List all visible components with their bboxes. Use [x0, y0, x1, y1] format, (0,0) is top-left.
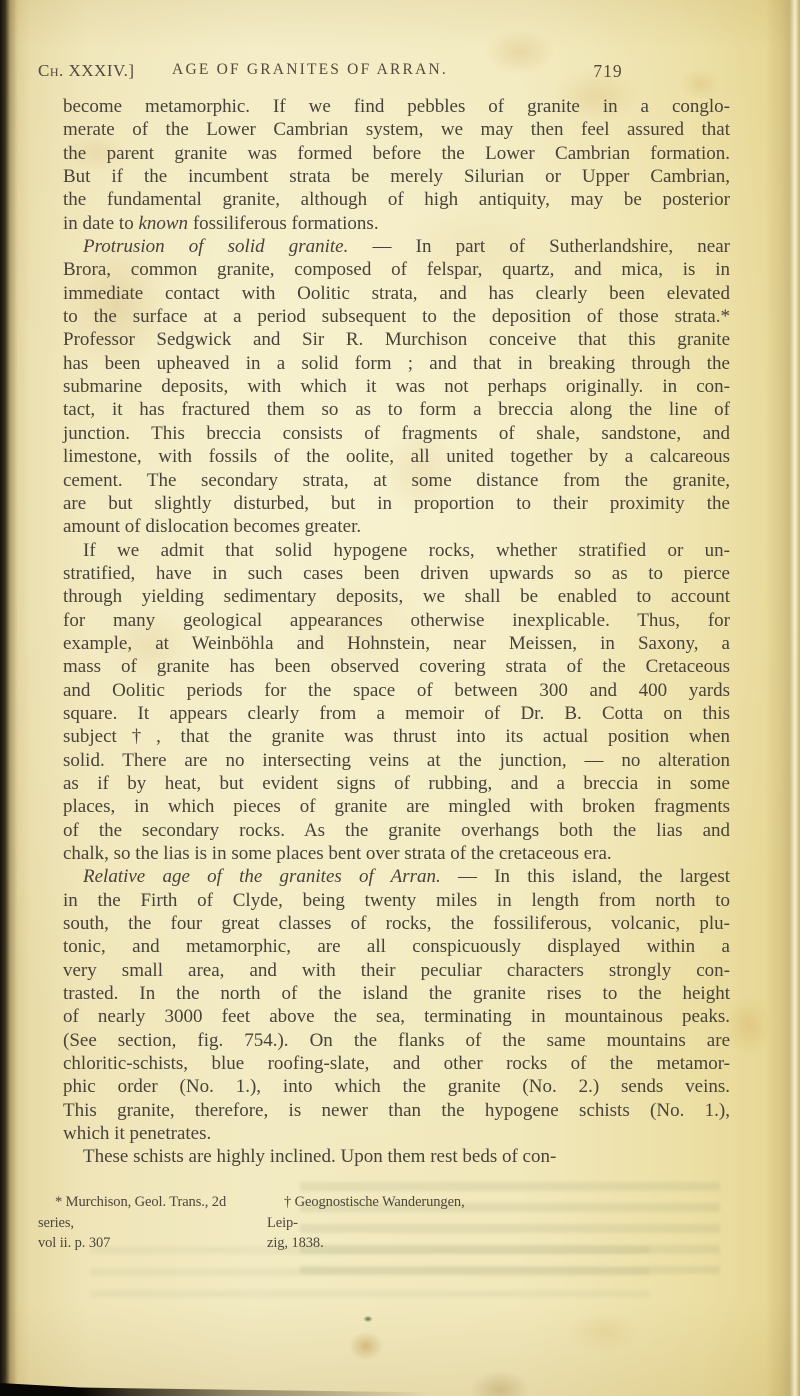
- text-run: Brora, common granite, composed of felsp…: [63, 259, 730, 280]
- text-run: are but slightly disturbed, but in propo…: [63, 493, 730, 514]
- text-run: submarine deposits, with which it was no…: [63, 376, 730, 397]
- text-line: Protrusion of solid granite. — In part o…: [63, 235, 730, 258]
- running-title: AGE OF GRANITES OF ARRAN.: [150, 61, 470, 79]
- text-line: in date to known fossiliferous formation…: [63, 212, 730, 235]
- text-line: amount of dislocation becomes greater.: [63, 515, 730, 538]
- body-text: become metamorphic. If we find pebbles o…: [63, 95, 730, 1169]
- italic-text-run: Relative age of the granites of Arran.: [83, 866, 441, 887]
- text-run: fossiliferous formations.: [188, 213, 379, 234]
- text-run: trasted. In the north of the island the …: [63, 983, 730, 1004]
- text-line: But if the incumbent strata be merely Si…: [63, 165, 730, 188]
- text-line: are but slightly disturbed, but in propo…: [63, 492, 730, 515]
- text-run: cement. The secondary strata, at some di…: [63, 470, 730, 491]
- text-run: as if by heat, but evident signs of rubb…: [63, 773, 730, 794]
- text-run: chloritic-schists, blue roofing-slate, a…: [63, 1053, 730, 1074]
- text-run: solid. There are no intersecting veins a…: [63, 750, 730, 771]
- text-line: of nearly 3000 feet above the sea, termi…: [63, 1005, 730, 1028]
- footnote-murchison: * Murchison, Geol. Trans., 2d series, vo…: [38, 1192, 263, 1254]
- text-run: This granite, therefore, is newer than t…: [63, 1100, 730, 1121]
- text-run: and Oolitic periods for the space of bet…: [63, 680, 730, 701]
- text-run: merate of the Lower Cambrian system, we …: [63, 119, 730, 140]
- footnote-line: * Murchison, Geol. Trans., 2d series,: [38, 1192, 263, 1233]
- text-line: merate of the Lower Cambrian system, we …: [63, 118, 730, 141]
- page-right-edge: [766, 0, 800, 1396]
- text-run: example, at Weinböhla and Hohnstein, nea…: [63, 633, 730, 654]
- italic-text-run: Protrusion of solid granite.: [83, 236, 348, 257]
- text-run: in the Firth of Clyde, being twenty mile…: [63, 890, 730, 911]
- text-run: for many geological appearances otherwis…: [63, 610, 730, 631]
- text-line: the fundamental granite, although of hig…: [63, 188, 730, 211]
- text-line: submarine deposits, with which it was no…: [63, 375, 730, 398]
- page-header: Ch. XXXIV.] AGE OF GRANITES OF ARRAN. 71…: [0, 61, 800, 85]
- footnote-line: † Geognostische Wanderungen, Leip-: [267, 1192, 497, 1233]
- bleedthrough-text: [90, 1246, 650, 1304]
- footnote-line: vol ii. p. 307: [38, 1233, 263, 1254]
- text-run: which it penetrates.: [63, 1123, 211, 1144]
- text-run: But if the incumbent strata be merely Si…: [63, 166, 730, 187]
- text-line: tact, it has fractured them so as to for…: [63, 398, 730, 421]
- text-line: become metamorphic. If we find pebbles o…: [63, 95, 730, 118]
- text-run: the parent granite was formed before the…: [63, 143, 730, 164]
- text-run: the fundamental granite, although of hig…: [63, 189, 730, 210]
- text-run: Professor Sedgwick and Sir R. Murchison …: [63, 329, 730, 350]
- text-line: Brora, common granite, composed of felsp…: [63, 258, 730, 281]
- text-line: as if by heat, but evident signs of rubb…: [63, 772, 730, 795]
- chapter-label: Ch. XXXIV.]: [38, 61, 135, 81]
- text-run: square. It appears clearly from a memoir…: [63, 703, 730, 724]
- text-line: places, in which pieces of granite are m…: [63, 795, 730, 818]
- text-run: tonic, and metamorphic, are all conspicu…: [63, 936, 730, 957]
- text-run: places, in which pieces of granite are m…: [63, 796, 730, 817]
- text-line: tonic, and metamorphic, are all conspicu…: [63, 935, 730, 958]
- text-line: This granite, therefore, is newer than t…: [63, 1099, 730, 1122]
- text-line: (See section, fig. 754.). On the flanks …: [63, 1029, 730, 1052]
- text-line: If we admit that solid hypogene rocks, w…: [63, 539, 730, 562]
- text-line: subject†, that the granite was thrust in…: [63, 725, 730, 748]
- text-line: south, the four great classes of rocks, …: [63, 912, 730, 935]
- text-run: — In this island, the largest: [441, 866, 730, 887]
- text-line: chalk, so the lias is in some places ben…: [63, 842, 730, 865]
- text-run: junction. This breccia consists of fragm…: [63, 423, 730, 444]
- text-run: amount of dislocation becomes greater.: [63, 516, 361, 537]
- text-line: limestone, with fossils of the oolite, a…: [63, 445, 730, 468]
- text-run: subject†, that the granite was thrust in…: [63, 726, 730, 747]
- text-run: stratified, have in such cases been driv…: [63, 563, 730, 584]
- book-gutter-edge: [0, 0, 18, 1396]
- text-line: phic order (No. 1.), into which the gran…: [63, 1075, 730, 1098]
- text-line: example, at Weinböhla and Hohnstein, nea…: [63, 632, 730, 655]
- footnote-line: zig, 1838.: [267, 1233, 497, 1254]
- text-line: to the surface at a period subsequent to…: [63, 305, 730, 328]
- footnote-geognostische: † Geognostische Wanderungen, Leip- zig, …: [267, 1192, 497, 1254]
- text-line: which it penetrates.: [63, 1122, 730, 1145]
- text-run: (See section, fig. 754.). On the flanks …: [63, 1030, 730, 1051]
- text-line: These schists are highly inclined. Upon …: [63, 1145, 730, 1168]
- text-line: immediate contact with Oolitic strata, a…: [63, 282, 730, 305]
- text-line: very small area, and with their peculiar…: [63, 959, 730, 982]
- text-run: has been upheaved in a solid form ; and …: [63, 353, 730, 374]
- text-line: solid. There are no intersecting veins a…: [63, 749, 730, 772]
- text-run: to the surface at a period subsequent to…: [63, 306, 730, 327]
- text-line: chloritic-schists, blue roofing-slate, a…: [63, 1052, 730, 1075]
- text-run: If we admit that solid hypogene rocks, w…: [83, 540, 730, 561]
- text-line: for many geological appearances otherwis…: [63, 609, 730, 632]
- italic-text-run: known: [138, 213, 188, 234]
- text-line: stratified, have in such cases been driv…: [63, 562, 730, 585]
- text-line: and Oolitic periods for the space of bet…: [63, 679, 730, 702]
- text-line: through yielding sedimentary deposits, w…: [63, 585, 730, 608]
- text-run: become metamorphic. If we find pebbles o…: [63, 96, 730, 117]
- text-line: of the secondary rocks. As the granite o…: [63, 819, 730, 842]
- text-run: in date to: [63, 213, 138, 234]
- book-page-scan: Ch. XXXIV.] AGE OF GRANITES OF ARRAN. 71…: [0, 0, 800, 1396]
- text-line: Relative age of the granites of Arran. —…: [63, 865, 730, 888]
- text-run: immediate contact with Oolitic strata, a…: [63, 283, 730, 304]
- text-run: mass of granite has been observed coveri…: [63, 656, 730, 677]
- text-run: very small area, and with their peculiar…: [63, 960, 730, 981]
- page-number: 719: [578, 61, 638, 82]
- text-run: through yielding sedimentary deposits, w…: [63, 586, 730, 607]
- text-run: of nearly 3000 feet above the sea, termi…: [63, 1006, 730, 1027]
- text-line: the parent granite was formed before the…: [63, 142, 730, 165]
- text-line: trasted. In the north of the island the …: [63, 982, 730, 1005]
- text-run: — In part of Sutherlandshire, near: [348, 236, 730, 257]
- text-line: has been upheaved in a solid form ; and …: [63, 352, 730, 375]
- text-line: in the Firth of Clyde, being twenty mile…: [63, 889, 730, 912]
- text-run: south, the four great classes of rocks, …: [63, 913, 730, 934]
- text-run: chalk, so the lias is in some places ben…: [63, 843, 612, 864]
- text-run: of the secondary rocks. As the granite o…: [63, 820, 730, 841]
- text-run: tact, it has fractured them so as to for…: [63, 399, 730, 420]
- text-run: phic order (No. 1.), into which the gran…: [63, 1076, 730, 1097]
- text-line: junction. This breccia consists of fragm…: [63, 422, 730, 445]
- text-run: limestone, with fossils of the oolite, a…: [63, 446, 730, 467]
- text-line: Professor Sedgwick and Sir R. Murchison …: [63, 328, 730, 351]
- text-line: mass of granite has been observed coveri…: [63, 655, 730, 678]
- text-line: square. It appears clearly from a memoir…: [63, 702, 730, 725]
- text-line: cement. The secondary strata, at some di…: [63, 469, 730, 492]
- page-bottom-edge: [0, 1383, 430, 1396]
- text-run: These schists are highly inclined. Upon …: [83, 1146, 556, 1167]
